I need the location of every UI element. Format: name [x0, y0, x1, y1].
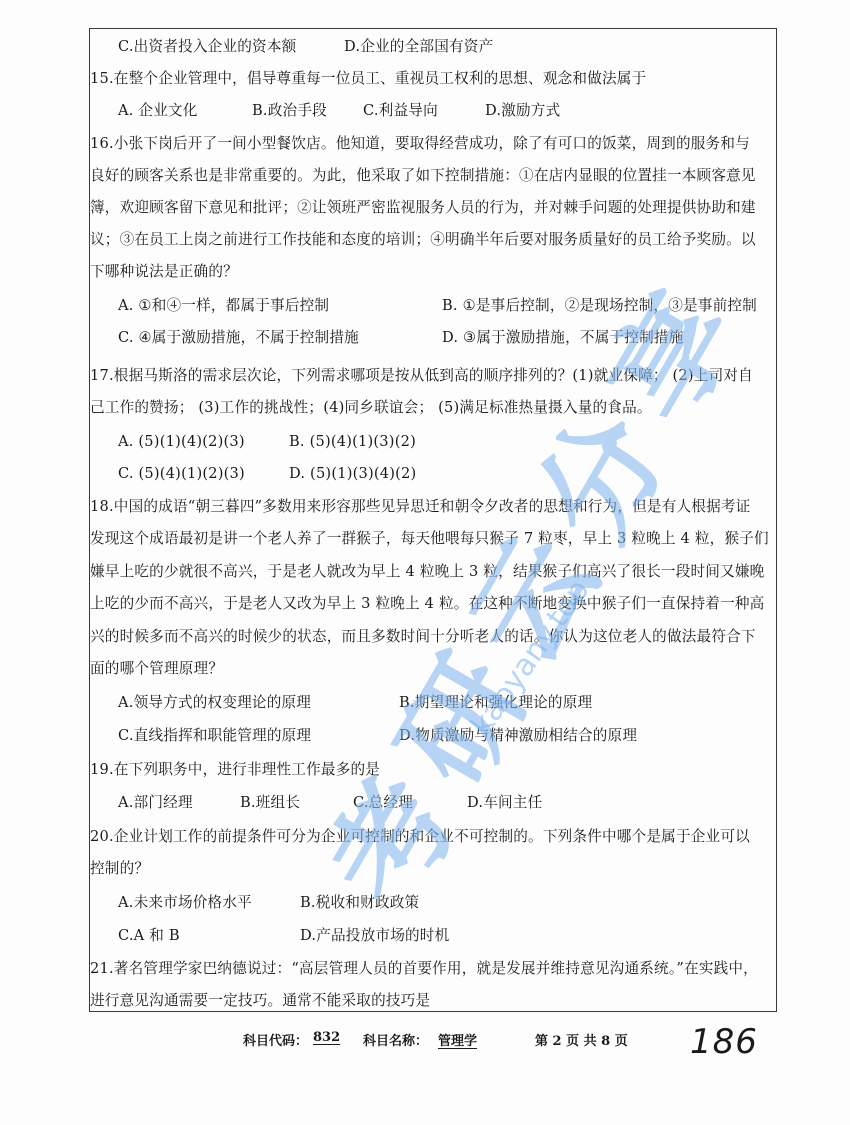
q14-option-d: D.企业的全部国有资产: [344, 37, 493, 57]
q18-stem-line: 嫌早上吃的少就很不高兴，于是老人就改为早上 4 粒晚上 3 粒，结果猴子们高兴了…: [90, 562, 764, 582]
footer-page-info: 第 2 页 共 8 页: [535, 1030, 628, 1049]
q20-option-c: C.A 和 B: [118, 926, 180, 946]
footer-code-label: 科目代码：: [243, 1030, 308, 1049]
footer-name-label: 科目名称：: [363, 1030, 428, 1049]
q21-stem-line: 进行意见沟通需要一定技巧。通常不能采取的技巧是: [90, 991, 430, 1011]
q18-stem-line: 发现这个成语最初是讲一个老人养了一群猴子，每天他喂每只猴子 7 粒枣，早上 3 …: [90, 529, 769, 549]
q18-option-a: A.领导方式的权变理论的原理: [118, 693, 311, 713]
q19-option-b: B.班组长: [240, 793, 300, 813]
q15-option-b: B.政治手段: [252, 101, 327, 121]
footer-name-value: 管理学: [438, 1030, 477, 1049]
q21-stem-line: 21.著名管理学家巴纳德说过：“高层管理人员的首要作用，就是发展并维持意见沟通系…: [90, 959, 758, 979]
q16-option-a: A. ①和④一样，都属于事后控制: [118, 296, 329, 316]
q19-option-c: C.总经理: [353, 793, 413, 813]
q19-option-a: A.部门经理: [118, 793, 193, 813]
q20-stem-line: 20.企业计划工作的前提条件可分为企业可控制的和企业不可控制的。下列条件中哪个是…: [90, 827, 750, 847]
q16-stem-line: 簿，欢迎顾客留下意见和批评；②让领班严密监视服务人员的行为，并对棘手问题的处理提…: [90, 198, 756, 218]
q18-stem-line: 面的哪个管理原理？: [90, 659, 223, 679]
q16-option-c: C. ④属于激励措施，不属于控制措施: [118, 328, 359, 348]
q16-option-d: D. ③属于激励措施，不属于控制措施: [442, 328, 683, 348]
q18-option-c: C.直线指挥和职能管理的原理: [118, 726, 311, 746]
q20-option-a: A.未来市场价格水平: [118, 893, 252, 913]
q18-stem-line: 兴的时候多而不高兴的时候少的状态，而且多数时间十分听老人的话。你认为这位老人的做…: [90, 627, 756, 647]
q15-option-a: A. 企业文化: [118, 101, 198, 121]
q16-stem-line: 议；③在员工上岗之前进行工作技能和态度的培训；④明确半年后要对服务质量好的员工给…: [90, 230, 756, 250]
q17-stem-line: 17.根据马斯洛的需求层次论，下列需求哪项是按从低到高的顺序排列的？(1)就业保…: [90, 366, 753, 386]
q16-stem-line: 下哪种说法是正确的？: [90, 262, 238, 282]
handwritten-page-number: 186: [690, 1022, 758, 1062]
q15-option-d: D.激励方式: [485, 101, 560, 121]
q16-stem-line: 良好的顾客关系也是非常重要的。为此，他采取了如下控制措施：①在店内显眼的位置挂一…: [90, 166, 756, 186]
q17-stem-line: 己工作的赞扬； (3)工作的挑战性；(4)同乡联谊会； (5)满足标准热量摄入量…: [90, 398, 652, 418]
q14-option-c: C.出资者投入企业的资本额: [118, 37, 296, 57]
q20-stem-line: 控制的？: [90, 859, 149, 879]
q18-option-d: D.物质激励与精神激励相结合的原理: [399, 726, 637, 746]
q17-option-d: D. (5)(1)(3)(4)(2): [289, 464, 416, 484]
q16-stem-line: 16.小张下岗后开了一间小型餐饮店。他知道，要取得经营成功，除了有可口的饭菜，周…: [90, 134, 750, 154]
q17-option-a: A. (5)(1)(4)(2)(3): [118, 432, 245, 452]
q18-stem-line: 上吃的少而不高兴，于是老人又改为早上 3 粒晚上 4 粒。在这种不断地变换中猴子…: [90, 594, 764, 614]
q20-option-d: D.产品投放市场的时机: [300, 926, 449, 946]
q19-stem: 19.在下列职务中，进行非理性工作最多的是: [90, 760, 380, 780]
q16-option-b: B. ①是事后控制，②是现场控制，③是事前控制: [442, 296, 757, 316]
q19-option-d: D.车间主任: [467, 793, 542, 813]
q20-option-b: B.税收和财政政策: [300, 893, 419, 913]
q15-option-c: C.利益导向: [363, 101, 438, 121]
q15-stem: 15.在整个企业管理中，倡导尊重每一位员工、重视员工权利的思想、观念和做法属于: [90, 69, 646, 89]
q18-stem-line: 18.中国的成语“朝三暮四”多数用来形容那些见异思迁和朝令夕改者的思想和行为，但…: [90, 497, 750, 517]
q17-option-b: B. (5)(4)(1)(3)(2): [289, 432, 416, 452]
q17-option-c: C. (5)(4)(1)(2)(3): [118, 464, 245, 484]
footer-code-value: 832: [313, 1030, 340, 1045]
q18-option-b: B.期望理论和强化理论的原理: [399, 693, 592, 713]
